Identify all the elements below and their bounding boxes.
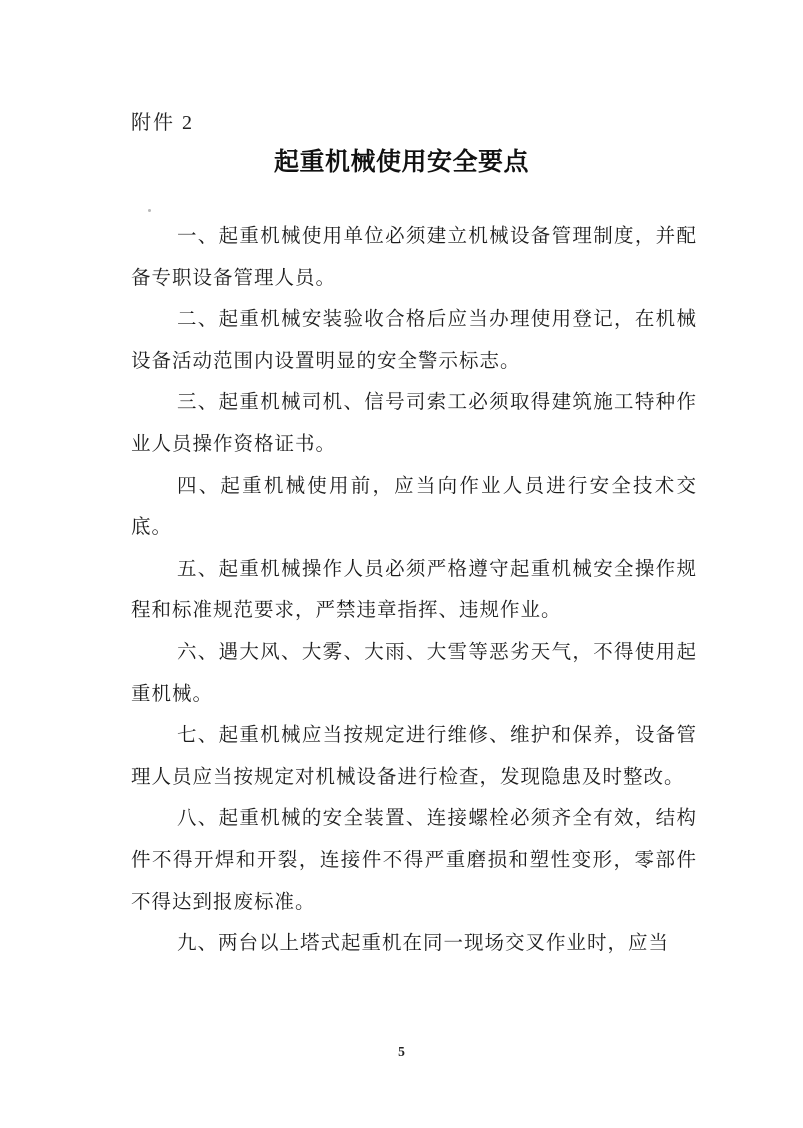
- paragraph-9: 九、两台以上塔式起重机在同一现场交叉作业时，应当: [131, 923, 697, 965]
- attachment-label: 附件 2: [131, 106, 194, 135]
- document-body: 一、起重机械使用单位必须建立机械设备管理制度，并配备专职设备管理人员。 二、起重…: [131, 216, 697, 965]
- paragraph-7: 七、起重机械应当按规定进行维修、维护和保养，设备管理人员应当按规定对机械设备进行…: [131, 715, 697, 798]
- paragraph-1: 一、起重机械使用单位必须建立机械设备管理制度，并配备专职设备管理人员。: [131, 216, 697, 299]
- paragraph-4: 四、起重机械使用前，应当向作业人员进行安全技术交底。: [131, 466, 697, 549]
- paragraph-2: 二、起重机械安装验收合格后应当办理使用登记，在机械设备活动范围内设置明显的安全警…: [131, 299, 697, 382]
- paragraph-5: 五、起重机械操作人员必须严格遵守起重机械安全操作规程和标准规范要求，严禁违章指挥…: [131, 549, 697, 632]
- document-title: 起重机械使用安全要点: [0, 142, 803, 178]
- paragraph-6: 六、遇大风、大雾、大雨、大雪等恶劣天气，不得使用起重机械。: [131, 632, 697, 715]
- document-page: 附件 2 起重机械使用安全要点 一、起重机械使用单位必须建立机械设备管理制度，并…: [0, 0, 803, 1128]
- paragraph-8: 八、起重机械的安全装置、连接螺栓必须齐全有效，结构件不得开焊和开裂，连接件不得严…: [131, 798, 697, 923]
- page-number: 5: [0, 1044, 803, 1060]
- paragraph-3: 三、起重机械司机、信号司索工必须取得建筑施工特种作业人员操作资格证书。: [131, 382, 697, 465]
- scan-speckle: [148, 209, 151, 212]
